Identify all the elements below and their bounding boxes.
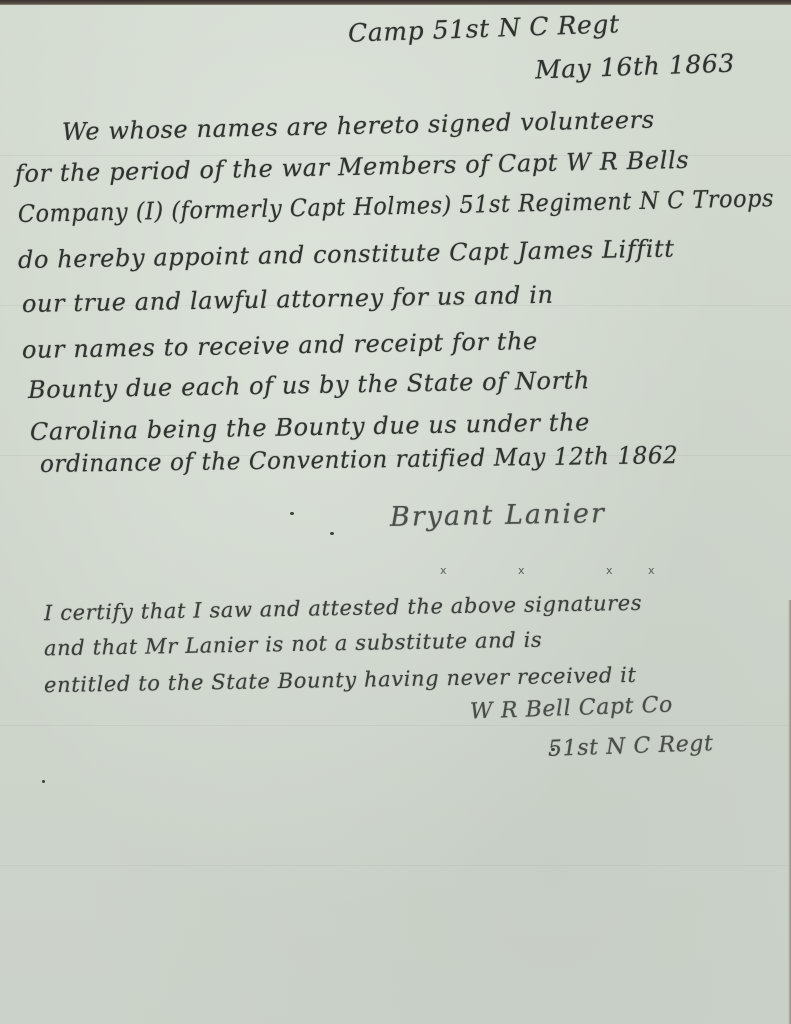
- signature-mark: x: [518, 564, 525, 577]
- ink-dot: [42, 780, 45, 783]
- signature-mark: x: [606, 564, 613, 577]
- ink-dot: [330, 532, 334, 535]
- signature-mark: x: [648, 564, 655, 577]
- signature-mark: x: [440, 564, 447, 577]
- volunteer-signature: Bryant Lanier: [390, 498, 606, 533]
- ink-dot: [290, 512, 294, 515]
- ink-dot: [551, 748, 555, 751]
- paper-rule: [0, 865, 791, 866]
- paper-rule: [0, 725, 791, 726]
